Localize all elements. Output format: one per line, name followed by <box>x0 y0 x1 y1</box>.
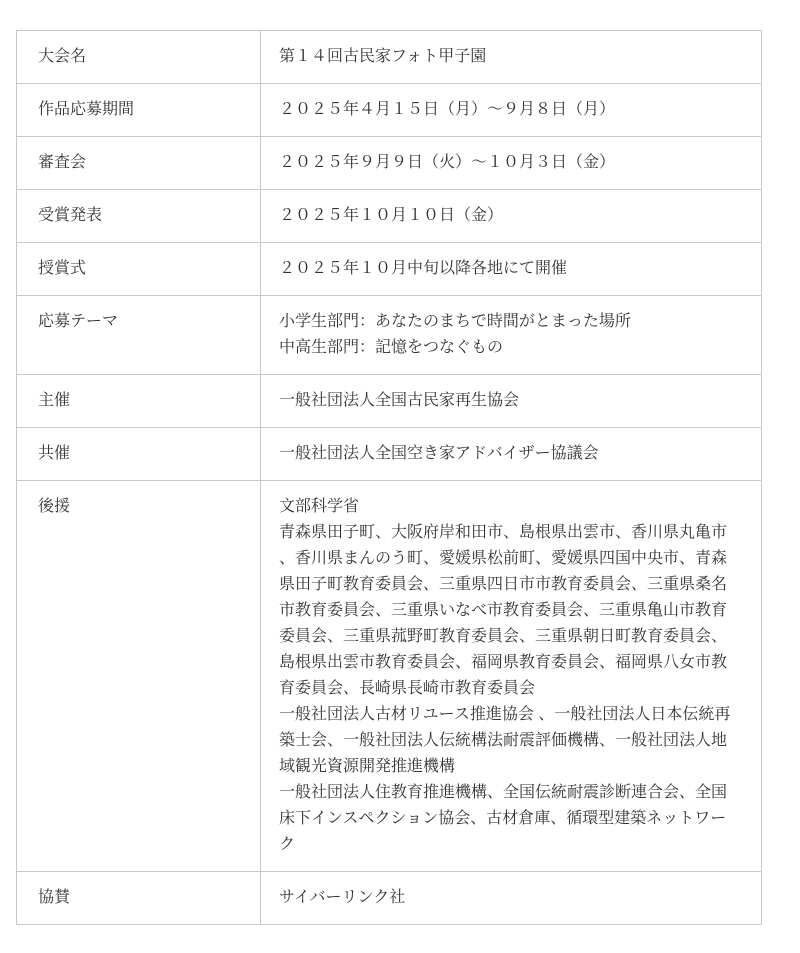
row-label: 授賞式 <box>17 243 261 296</box>
contest-info-table: 大会名第１４回古民家フォト甲子園作品応募期間２０２５年４月１５日（月）～９月８日… <box>16 30 762 925</box>
row-value-line: 一般社団法人古材リユース推進協会 、一般社団法人日本伝統再 <box>279 702 743 728</box>
row-label: 審査会 <box>17 137 261 190</box>
row-label: 後援 <box>17 481 261 872</box>
row-value-line: ２０２５年４月１５日（月）～９月８日（月） <box>279 97 743 123</box>
row-value: ２０２５年１０月１０日（金） <box>261 190 762 243</box>
row-value-line: 文部科学省 <box>279 494 743 520</box>
row-value-line: サイバーリンク社 <box>279 885 743 911</box>
table-row: 審査会２０２５年９月９日（火）～１０月３日（金） <box>17 137 762 190</box>
table-row: 受賞発表２０２５年１０月１０日（金） <box>17 190 762 243</box>
row-value: 一般社団法人全国古民家再生協会 <box>261 375 762 428</box>
table-row: 協賛サイバーリンク社 <box>17 872 762 925</box>
row-label: 共催 <box>17 428 261 481</box>
row-value: 小学生部門：あなたのまちで時間がとまった場所中高生部門：記憶をつなぐもの <box>261 296 762 375</box>
row-label: 作品応募期間 <box>17 84 261 137</box>
row-value-line: 床下インスペクション協会、古材倉庫、循環型建築ネットワー <box>279 806 743 832</box>
table-row: 作品応募期間２０２５年４月１５日（月）～９月８日（月） <box>17 84 762 137</box>
table-row: 授賞式２０２５年１０月中旬以降各地にて開催 <box>17 243 762 296</box>
row-value: 第１４回古民家フォト甲子園 <box>261 31 762 84</box>
row-value-line: 市教育委員会、三重県いなべ市教育委員会、三重県亀山市教育 <box>279 598 743 624</box>
row-value-line: 小学生部門：あなたのまちで時間がとまった場所 <box>279 309 743 335</box>
row-value-line: 一般社団法人住教育推進機構、全国伝統耐震診断連合会、全国 <box>279 780 743 806</box>
row-value: 一般社団法人全国空き家アドバイザー協議会 <box>261 428 762 481</box>
row-value-line: 一般社団法人全国空き家アドバイザー協議会 <box>279 441 743 467</box>
row-label: 大会名 <box>17 31 261 84</box>
table-row: 大会名第１４回古民家フォト甲子園 <box>17 31 762 84</box>
row-value-line: 域観光資源開発推進機構 <box>279 754 743 780</box>
row-label: 協賛 <box>17 872 261 925</box>
row-value: サイバーリンク社 <box>261 872 762 925</box>
table-row: 後援文部科学省青森県田子町、大阪府岸和田市、島根県出雲市、香川県丸亀市、香川県ま… <box>17 481 762 872</box>
row-value-line: 島根県出雲市教育委員会、福岡県教育委員会、福岡県八女市教 <box>279 650 743 676</box>
row-value-line: 一般社団法人全国古民家再生協会 <box>279 388 743 414</box>
table-row: 応募テーマ小学生部門：あなたのまちで時間がとまった場所中高生部門：記憶をつなぐも… <box>17 296 762 375</box>
contest-info-table-body: 大会名第１４回古民家フォト甲子園作品応募期間２０２５年４月１５日（月）～９月８日… <box>17 31 762 925</box>
press-release-page: 大会名第１４回古民家フォト甲子園作品応募期間２０２５年４月１５日（月）～９月８日… <box>0 0 800 953</box>
row-value: 文部科学省青森県田子町、大阪府岸和田市、島根県出雲市、香川県丸亀市、香川県まんの… <box>261 481 762 872</box>
row-value-line: ２０２５年９月９日（火）～１０月３日（金） <box>279 150 743 176</box>
row-label: 主催 <box>17 375 261 428</box>
row-value-line: 県田子町教育委員会、三重県四日市市教育委員会、三重県桑名 <box>279 572 743 598</box>
row-value-line: ２０２５年１０月１０日（金） <box>279 203 743 229</box>
row-value-line: 中高生部門：記憶をつなぐもの <box>279 335 743 361</box>
row-value-line: ２０２５年１０月中旬以降各地にて開催 <box>279 256 743 282</box>
row-value-line: 青森県田子町、大阪府岸和田市、島根県出雲市、香川県丸亀市 <box>279 520 743 546</box>
row-value-line: 第１４回古民家フォト甲子園 <box>279 44 743 70</box>
row-value-line: 委員会、三重県菰野町教育委員会、三重県朝日町教育委員会、 <box>279 624 743 650</box>
row-value: ２０２５年９月９日（火）～１０月３日（金） <box>261 137 762 190</box>
row-value: ２０２５年４月１５日（月）～９月８日（月） <box>261 84 762 137</box>
row-value: ２０２５年１０月中旬以降各地にて開催 <box>261 243 762 296</box>
table-row: 主催一般社団法人全国古民家再生協会 <box>17 375 762 428</box>
row-value-line: 築士会、一般社団法人伝統構法耐震評価機構、一般社団法人地 <box>279 728 743 754</box>
row-value-line: ク <box>279 832 743 858</box>
row-label: 受賞発表 <box>17 190 261 243</box>
row-value-line: 育委員会、長崎県長崎市教育委員会 <box>279 676 743 702</box>
row-value-line: 、香川県まんのう町、愛媛県松前町、愛媛県四国中央市、青森 <box>279 546 743 572</box>
row-label: 応募テーマ <box>17 296 261 375</box>
table-row: 共催一般社団法人全国空き家アドバイザー協議会 <box>17 428 762 481</box>
